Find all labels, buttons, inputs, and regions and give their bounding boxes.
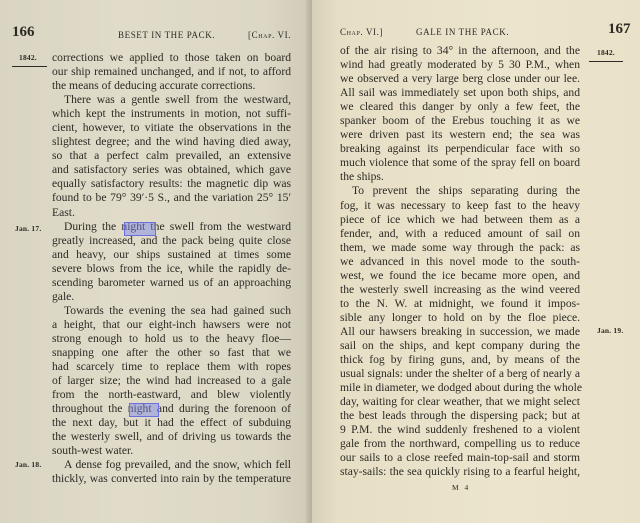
text-line: During the night the swell from the west… (52, 220, 291, 234)
text-line: and satisfactory series was obtained, wh… (52, 163, 291, 177)
text-line: from the north-eastward, and blew violen… (52, 388, 291, 402)
running-head: BESET IN THE PACK. (118, 30, 215, 40)
text-line: fender, and, with a reduced amount of sa… (340, 227, 580, 241)
body-text: corrections we applied to those taken on… (52, 51, 291, 486)
text-line: 9 P.M. the wind suddenly freshened to a … (340, 423, 580, 437)
text-line: There was a gentle swell from the westwa… (52, 93, 291, 107)
text-line: wind had greatly moderated by 5 30 P.M.,… (340, 58, 580, 72)
text-line: fog, it was necessary to keep fast to th… (340, 199, 580, 213)
body-text: of the air rising to 34° in the afternoo… (340, 44, 580, 479)
margin-note-year: 1842. (597, 48, 615, 57)
text-line: thick fog by firing guns, and, by means … (340, 353, 580, 367)
text-line: the best leads through the dispersing pa… (340, 409, 580, 423)
text-line: breaking against its perpendicular face … (340, 142, 580, 156)
text-line: and heavy, our ships sustained at times … (52, 248, 291, 262)
running-head: GALE IN THE PACK. (416, 27, 509, 37)
text-line: them, we made some way through the pack:… (340, 241, 580, 255)
text-line: we observed a very large berg close unde… (340, 72, 580, 86)
text-line: mile in diameter, we dodged about during… (340, 381, 580, 395)
text-line: had scarcely time to replace them with r… (52, 360, 291, 374)
text-line: sail on the ships, and kept company duri… (340, 339, 580, 353)
text-line: Towards the evening the sea had gained s… (52, 304, 291, 318)
page-number: 166 (12, 24, 35, 41)
text-line: so that a perfect calm prevailed, an ext… (52, 149, 291, 163)
text-line: the westerly swell increasing as the win… (340, 283, 580, 297)
signature-mark: M 4 (452, 483, 470, 492)
text-line: thickly, was converted into rain by the … (52, 472, 291, 486)
text-line: sible any longer to hold on by the floe … (340, 311, 580, 325)
text-line: gale. (52, 290, 291, 304)
margin-rule (12, 66, 47, 67)
text-line: gale from the northward, compelling us t… (340, 437, 580, 451)
text-line: To prevent the ships separating during t… (340, 184, 580, 198)
text-line: found to be 79° 39′·5 S., and the variat… (52, 191, 291, 205)
text-line: scending barometer warned us of an appro… (52, 276, 291, 290)
text-line: a height, that our eight-inch hawsers we… (52, 318, 291, 332)
chapter-label: [Chap. VI. (248, 30, 291, 40)
left-page: 166 BESET IN THE PACK. [Chap. VI. 1842. … (0, 0, 312, 523)
chapter-label: Chap. VI.] (340, 27, 383, 37)
text-line: equally satisfactory results: the magnet… (52, 177, 291, 191)
text-line: our sails to a close reefed main-top-sai… (340, 451, 580, 465)
text-line: slightest degree; and the wind having di… (52, 135, 291, 149)
margin-note-year: 1842. (19, 53, 37, 62)
text-line: All our hawsers breaking in succession, … (340, 325, 580, 339)
margin-rule (589, 61, 623, 62)
text-line: the means of deducing accurate correctio… (52, 79, 291, 93)
margin-note-date: Jan. 18. (15, 460, 41, 469)
text-line: our ship remained unchanged, and if not,… (52, 65, 291, 79)
text-line: A dense fog prevailed, and the snow, whi… (52, 458, 291, 472)
text-line: piece of ice which we had between them a… (340, 213, 580, 227)
text-line: stay-sails: the sea quickly rising to a … (340, 465, 580, 479)
text-line: strong enough to hold us to the heavy fl… (52, 332, 291, 346)
text-line: to the N. W. at midnight, we found it im… (340, 297, 580, 311)
text-line: snapping one after the other so fast tha… (52, 346, 291, 360)
text-line: west, we found the ice became more open,… (340, 269, 580, 283)
text-line: were driven past its western end; the se… (340, 128, 580, 142)
text-line: usual signals: under the shelter of a be… (340, 367, 580, 381)
text-line: we cleared this danger by only a few fee… (340, 100, 580, 114)
text-line: which kept the instruments in motion, no… (52, 107, 291, 121)
text-line: of larger size; the wind had increased t… (52, 374, 291, 388)
text-line: All sail was immediately set upon both s… (340, 86, 580, 100)
search-highlight[interactable] (124, 222, 156, 236)
text-line: much violence that some of the spray fel… (340, 156, 580, 170)
text-line: the westerly swell, and of driving us to… (52, 430, 291, 444)
text-line: we advanced in this novel mode to the so… (340, 255, 580, 269)
text-line: East. (52, 206, 291, 220)
text-line: the next day, but it had the effect of s… (52, 416, 291, 430)
search-highlight[interactable] (129, 403, 159, 417)
text-line: the ships. (340, 170, 580, 184)
text-line: greatly increased, and the pack being qu… (52, 234, 291, 248)
right-page: Chap. VI.] GALE IN THE PACK. 167 1842. J… (312, 0, 640, 523)
text-line: spanker boom of the Erebus touching it a… (340, 114, 580, 128)
page-number: 167 (608, 21, 631, 38)
text-line: south-west water. (52, 444, 291, 458)
margin-note-date: Jan. 19. (597, 326, 623, 335)
text-line: corrections we applied to those taken on… (52, 51, 291, 65)
text-line: day, waiting for clear weather, that we … (340, 395, 580, 409)
text-line: severe blows from the ice, while the rap… (52, 262, 291, 276)
text-line: cient, however, to vitiate the observati… (52, 121, 291, 135)
text-line: throughout the night and during the fore… (52, 402, 291, 416)
text-line: of the air rising to 34° in the afternoo… (340, 44, 580, 58)
margin-note-date: Jan. 17. (15, 224, 41, 233)
